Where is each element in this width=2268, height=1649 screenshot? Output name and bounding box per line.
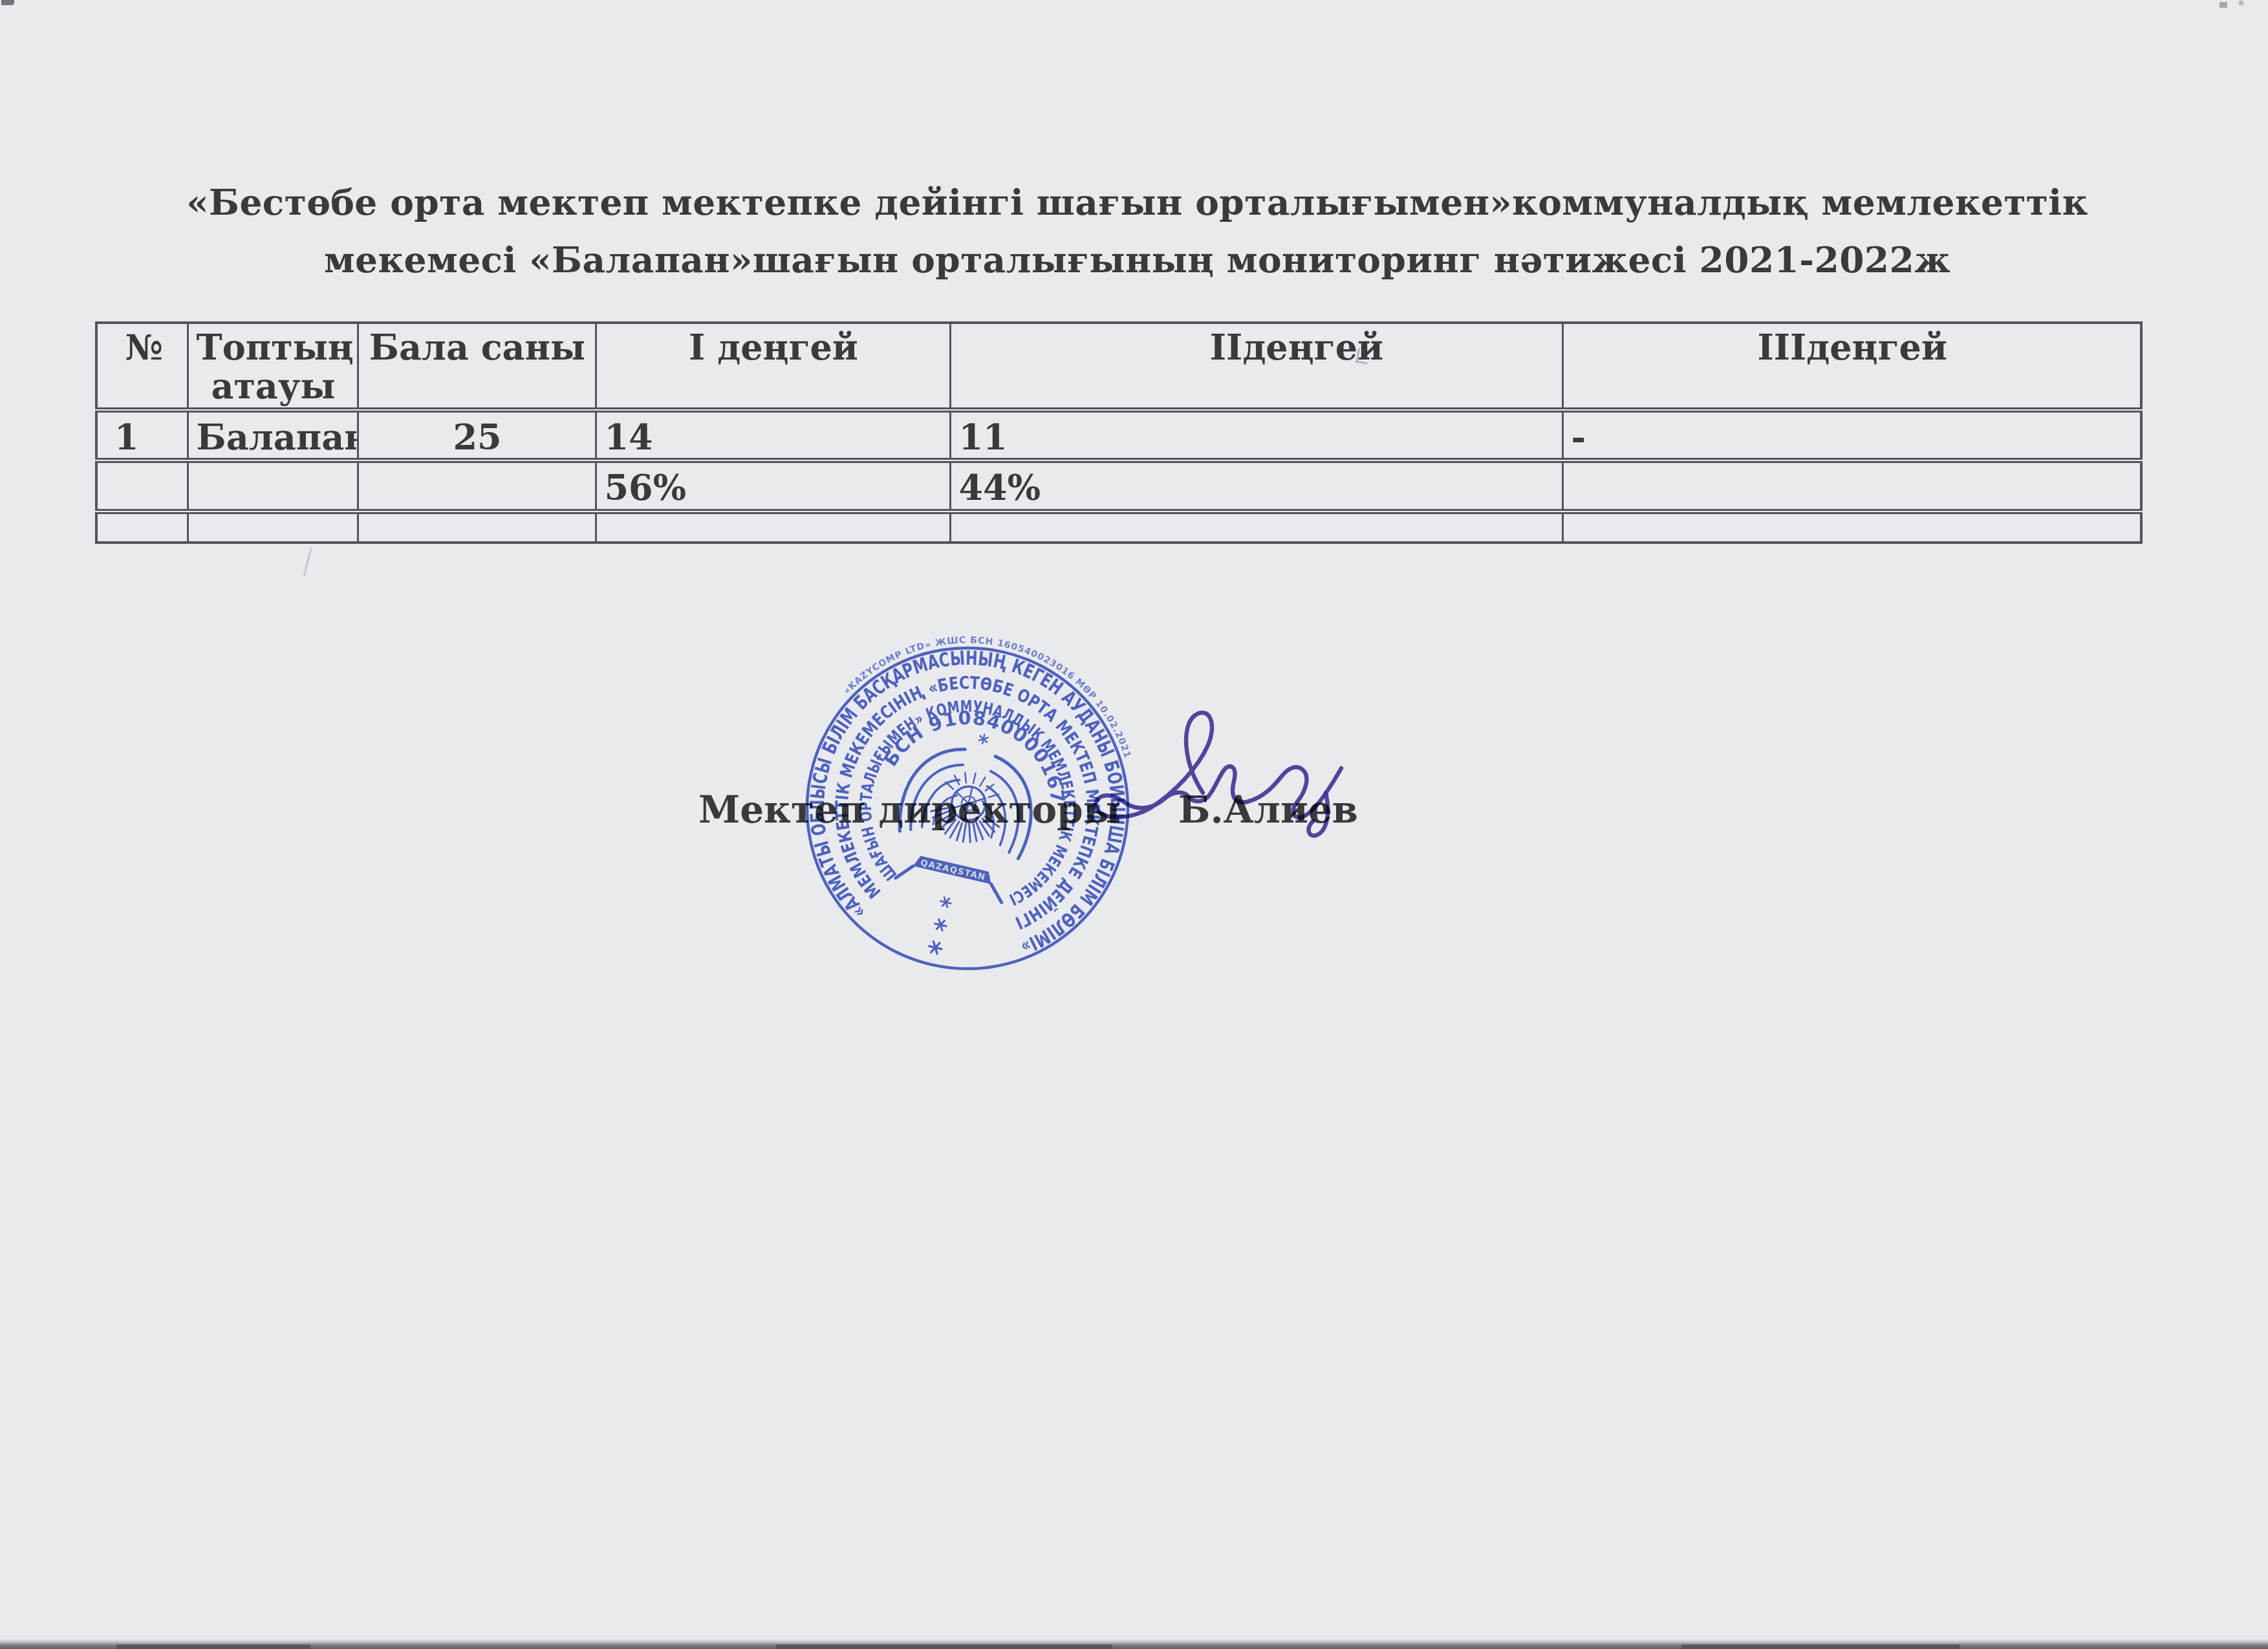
- table-row-empty: [96, 512, 2141, 543]
- table-cell: 44%: [950, 460, 1562, 511]
- table-cell: [1562, 460, 2141, 511]
- stamp-separator-asterisk-icon: [934, 919, 947, 931]
- stamp-separator-asterisk-icon: [928, 941, 943, 954]
- director-signature: [1054, 666, 1416, 860]
- scan-corner-mark: [1, 0, 14, 5]
- table-cell: 11: [950, 410, 1562, 460]
- table-cell: 25: [358, 410, 596, 460]
- emblem-wing-right: [971, 756, 1043, 859]
- emblem-star-icon: [978, 733, 988, 744]
- table-cell: [358, 512, 596, 543]
- scanned-document-page: «Бестөбе орта мектеп мектепке дейінгі ша…: [0, 0, 2268, 1649]
- table-header-row: № Топтың атауы Бала саны I деңгей IIдеңг…: [96, 323, 2141, 410]
- table-cell: [96, 460, 188, 511]
- table-cell: [188, 512, 358, 543]
- table-cell: 56%: [596, 460, 950, 511]
- scan-edge-shadow: [776, 1644, 1112, 1649]
- header-cell-level3: IIIдеңгей: [1562, 323, 2141, 410]
- scan-edge-shadow: [1681, 1644, 1960, 1649]
- header-cell-group-name: Топтың атауы: [188, 323, 358, 410]
- stray-pen-tick: [1355, 349, 1370, 365]
- emblem-caption: QAZAQSTAN: [920, 858, 987, 883]
- table-row-balapan: 1 Балапан 25 14 11 -: [96, 410, 2141, 460]
- header-cell-level2: IIдеңгей: [950, 323, 1562, 410]
- stray-pen-slash: [303, 547, 312, 576]
- scan-edge-shadow: [116, 1644, 310, 1649]
- signature-tail-stroke: [1309, 793, 1328, 835]
- table-cell: [188, 460, 358, 511]
- header-cell-level1: I деңгей: [596, 323, 950, 410]
- monitoring-results-table: № Топтың атауы Бала саны I деңгей IIдеңг…: [95, 321, 2143, 544]
- document-title: «Бестөбе орта мектеп мектепке дейінгі ша…: [97, 173, 2177, 288]
- signature-stroke: [1096, 713, 1341, 817]
- table-cell: [1562, 512, 2141, 543]
- header-cell-child-count: Бала саны: [358, 323, 596, 410]
- table-cell: [96, 512, 188, 543]
- stamp-separator-asterisk-icon: [940, 897, 952, 908]
- header-cell-number: №: [96, 323, 188, 410]
- table-cell: [950, 512, 1562, 543]
- scan-corner-mark: [2239, 1, 2243, 5]
- table-cell: 14: [596, 410, 950, 460]
- scan-corner-mark: [2219, 2, 2227, 8]
- table-cell: -: [1562, 410, 2141, 460]
- table-cell: [358, 460, 596, 511]
- table-cell: Балапан: [188, 410, 358, 460]
- table-cell: [596, 512, 950, 543]
- table-row-percentages: 56% 44%: [96, 460, 2141, 511]
- table-cell: 1: [96, 410, 188, 460]
